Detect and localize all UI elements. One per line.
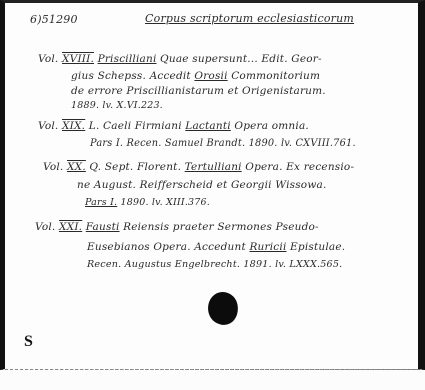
catalog-card: 6)51290 Corpus scriptorum ecclesiasticor…: [0, 0, 425, 370]
vol-prefix: Vol.: [43, 161, 63, 173]
entry-vol-18-line-3: de errore Priscillianistarum et Origenis…: [71, 85, 326, 97]
entry-vol-18-line-1: Vol. XVIII. Priscilliani Quae supersunt.…: [38, 53, 322, 65]
title-text: Quae supersunt... Edit. Geor-: [157, 53, 322, 65]
vol-number: XXI.: [59, 221, 82, 233]
entry-vol-21-line-2: Eusebianos Opera. Accedunt Ruricii Epist…: [87, 241, 345, 253]
title-text: Reiensis praeter Sermones Pseudo-: [120, 221, 319, 233]
entry-vol-20-line-1: Vol. XX. Q. Sept. Florent. Tertulliani O…: [43, 161, 354, 173]
author-name: Ruricii: [249, 241, 286, 253]
author-name: Tertulliani: [185, 161, 242, 173]
entry-text: Q. Sept. Florent.: [89, 161, 184, 173]
vol-number: XIX.: [62, 120, 85, 132]
entry-vol-21-line-1: Vol. XXI. Fausti Reiensis praeter Sermon…: [35, 221, 319, 233]
part-label: Pars I.: [85, 197, 117, 208]
punch-hole: [205, 289, 241, 328]
author-name: Lactanti: [185, 120, 231, 132]
entry-vol-20-line-3: Pars I. 1890. lv. XIII.376.: [85, 197, 210, 208]
series-heading: Corpus scriptorum ecclesiasticorum: [145, 12, 354, 25]
entry-text: L. Caeli Firmiani: [89, 120, 186, 132]
author-name: Priscilliani: [98, 53, 157, 65]
entry-vol-18-line-4: 1889. lv. X.VI.223.: [71, 100, 163, 111]
entry-vol-19-line-1: Vol. XIX. L. Caeli Firmiani Lactanti Ope…: [38, 120, 309, 132]
entry-text: Epistulae.: [287, 241, 346, 253]
title-text: Opera omnia.: [231, 120, 309, 132]
vol-prefix: Vol.: [38, 120, 58, 132]
entry-text: 1890. lv. XIII.376.: [117, 197, 210, 208]
vol-number: XX.: [67, 161, 86, 173]
entry-vol-21-line-3: Recen. Augustus Engelbrecht. 1891. lv. L…: [87, 259, 342, 270]
call-number: 6)51290: [30, 13, 78, 26]
author-name: Fausti: [86, 221, 120, 233]
entry-text: Eusebianos Opera. Accedunt: [87, 241, 249, 253]
vol-prefix: Vol.: [38, 53, 58, 65]
title-text: Opera. Ex recensio-: [242, 161, 354, 173]
catalog-card-scan: 6)51290 Corpus scriptorum ecclesiasticor…: [0, 0, 425, 390]
stamp-letter: S: [24, 333, 33, 351]
entry-vol-20-line-2: ne August. Reifferscheid et Georgii Wiss…: [77, 179, 327, 191]
entry-vol-18-line-2: gius Schepss. Accedit Orosii Commonitori…: [71, 70, 320, 82]
entry-text: Commonitorium: [228, 70, 321, 82]
entry-vol-19-line-2: Pars I. Recen. Samuel Brandt. 1890. lv. …: [90, 138, 356, 149]
vol-number: XVIII.: [62, 53, 94, 65]
author-name: Orosii: [194, 70, 227, 82]
vol-prefix: Vol.: [35, 221, 55, 233]
entry-text: gius Schepss. Accedit: [71, 70, 194, 82]
